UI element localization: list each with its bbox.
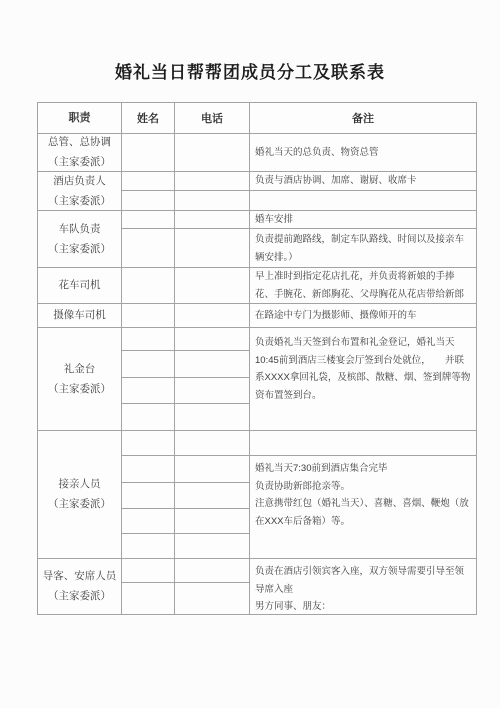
duty-sublabel: （主家委派） [48, 195, 111, 208]
phone-cell [175, 559, 250, 614]
duty-cell: 礼金台 （主家委派） [38, 328, 122, 430]
duty-cell: 总管、总协调 （主家委派） [38, 134, 122, 171]
header-name: 姓名 [122, 103, 175, 133]
phone-blank-cell [175, 456, 249, 483]
remark-subcell: 婚车安排 [250, 211, 476, 229]
name-blank-cell [122, 583, 174, 614]
remark-text: 婚礼当天7:30前到酒店集合完毕 负责协助新郎抢亲等。 注意携带红包（婚礼当天）… [250, 456, 476, 532]
remark-text: 负责在酒店引领宾客入座，双方领导需要引导至领导席入座 男方同事、朋友： [250, 559, 476, 614]
table-row-hotel-manager: 酒店负责人 （主家委派） 负责与酒店协调、加席、谢厨、收席卡 [38, 172, 476, 211]
duty-label: 摄像车司机 [53, 309, 106, 322]
duty-label: 礼金台 [64, 363, 96, 376]
remark-text: 负责提前跑路线，制定车队路线、时间以及接亲车辆安排。） [250, 229, 476, 267]
remark-subcell: 婚礼当天7:30前到酒店集合完毕 负责协助新郎抢亲等。 注意携带红包（婚礼当天）… [250, 456, 476, 558]
duty-sublabel: （主家委派） [48, 590, 111, 603]
name-blank-cell [122, 456, 174, 483]
remark-cell: 负责婚礼当天签到台布置和礼金登记，婚礼当天10:45前到酒店三楼宴会厅签到台处就… [250, 328, 476, 430]
phone-blank-cell [175, 172, 249, 191]
duty-label: 导客、安席人员 [43, 570, 117, 583]
remark-text: 婚车安排 [250, 211, 298, 230]
duty-cell: 酒店负责人 （主家委派） [38, 172, 122, 210]
name-blank-cell [122, 404, 174, 430]
phone-blank-cell [175, 378, 249, 404]
name-blank-cell [122, 268, 175, 303]
name-cell [122, 559, 175, 614]
duty-cell: 导客、安席人员 （主家委派） [38, 559, 122, 614]
name-blank-cell [122, 211, 174, 229]
name-blank-cell [122, 328, 174, 351]
table-header-row: 职责 姓名 电话 备注 [38, 103, 476, 134]
name-blank-cell [122, 351, 174, 378]
phone-cell [175, 211, 250, 267]
duty-sublabel: （主家委派） [48, 383, 111, 396]
remark-subcell: 负责与酒店协调、加席、谢厨、收席卡 [250, 172, 476, 191]
duty-label: 车队负责 [59, 223, 101, 236]
table-row-usher-staff: 导客、安席人员 （主家委派） 负责在酒店引领宾客入座，双方领导需要引导至领导席入… [38, 559, 476, 614]
table-row-flower-car-driver: 花车司机 早上准时到指定花店扎花，并负责将新娘的手捧花、手腕花、新郎胸花、父母胸… [38, 268, 476, 304]
phone-blank-cell [175, 304, 250, 327]
phone-blank-cell [175, 211, 249, 229]
name-blank-cell [122, 431, 174, 456]
phone-blank-cell [175, 191, 249, 210]
remark-cell: 负责在酒店引领宾客入座，双方领导需要引导至领导席入座 男方同事、朋友： [250, 559, 476, 614]
duty-sublabel: （主家委派） [48, 498, 111, 511]
remark-text: 在路途中专门为摄影师、摄像师开的车 [250, 305, 476, 327]
header-remark: 备注 [250, 103, 476, 133]
name-blank-cell [122, 191, 174, 210]
phone-blank-cell [175, 351, 249, 378]
name-cell [122, 431, 175, 558]
phone-blank-cell [175, 559, 249, 583]
remark-blank-cell [250, 191, 476, 210]
document-page: 婚礼当日帮帮团成员分工及联系表 职责 姓名 电话 备注 总管、总协调 （主家委派… [0, 0, 500, 708]
name-blank-cell [122, 134, 175, 171]
remark-cell: 婚车安排 负责提前跑路线，制定车队路线、时间以及接亲车辆安排。） [250, 211, 476, 267]
table-row-fleet-manager: 车队负责 （主家委派） 婚车安排 负责提前跑路线，制定车队路线、时间以及接亲车辆… [38, 211, 476, 268]
name-blank-cell [122, 304, 175, 327]
phone-blank-cell [175, 534, 249, 558]
name-cell [122, 211, 175, 267]
name-blank-cell [122, 172, 174, 191]
name-blank-cell [122, 534, 174, 558]
table-row-gift-money-desk: 礼金台 （主家委派） 负责婚礼当天签 [38, 328, 476, 431]
duty-cell: 花车司机 [38, 268, 122, 303]
duty-label: 接亲人员 [59, 478, 101, 491]
duty-label: 总管、总协调 [48, 136, 111, 149]
duty-cell: 接亲人员 （主家委派） [38, 431, 122, 558]
remark-blank-cell [250, 431, 476, 456]
name-blank-cell [122, 483, 174, 509]
remark-text: 负责婚礼当天签到台布置和礼金登记，婚礼当天10:45前到酒店三楼宴会厅签到台处就… [250, 328, 476, 406]
header-duty: 职责 [38, 103, 122, 133]
name-cell [122, 172, 175, 210]
phone-blank-cell [175, 328, 249, 351]
duty-sublabel: （主家委派） [48, 243, 111, 256]
table-row-camera-car-driver: 摄像车司机 在路途中专门为摄影师、摄像师开的车 [38, 304, 476, 328]
phone-cell [175, 328, 250, 430]
phone-blank-cell [175, 431, 249, 456]
remark-cell: 婚礼当天7:30前到酒店集合完毕 负责协助新郎抢亲等。 注意携带红包（婚礼当天）… [250, 431, 476, 558]
duty-label: 花车司机 [59, 279, 101, 292]
table-row-general-manager: 总管、总协调 （主家委派） 婚礼当天的总负责、物资总管 [38, 134, 476, 172]
remark-cell: 在路途中专门为摄影师、摄像师开的车 [250, 304, 476, 327]
phone-blank-cell [175, 268, 250, 303]
duty-label: 酒店负责人 [53, 175, 106, 188]
phone-blank-cell [175, 509, 249, 534]
header-phone: 电话 [175, 103, 250, 133]
page-title: 婚礼当日帮帮团成员分工及联系表 [0, 58, 500, 83]
phone-blank-cell [175, 583, 249, 614]
phone-blank-cell [175, 483, 249, 509]
phone-cell [175, 431, 250, 558]
duty-sublabel: （主家委派） [48, 156, 111, 169]
remark-text: 负责与酒店协调、加席、谢厨、收席卡 [250, 172, 422, 192]
phone-blank-cell [175, 404, 249, 430]
name-blank-cell [122, 559, 174, 583]
name-blank-cell [122, 229, 174, 267]
phone-blank-cell [175, 229, 249, 267]
duty-cell: 摄像车司机 [38, 304, 122, 327]
remark-cell: 婚礼当天的总负责、物资总管 [250, 134, 476, 171]
remark-text: 婚礼当天的总负责、物资总管 [250, 142, 476, 164]
phone-blank-cell [175, 134, 250, 171]
name-blank-cell [122, 509, 174, 534]
name-blank-cell [122, 378, 174, 404]
remark-text: 早上准时到指定花店扎花，并负责将新娘的手捧花、手腕花、新郎胸花、父母胸花从花店带… [250, 268, 476, 303]
phone-cell [175, 172, 250, 210]
contact-table: 职责 姓名 电话 备注 总管、总协调 （主家委派） 婚礼当天的总负责、物资总管 … [37, 102, 477, 615]
remark-subcell: 负责提前跑路线，制定车队路线、时间以及接亲车辆安排。） [250, 229, 476, 267]
duty-cell: 车队负责 （主家委派） [38, 211, 122, 267]
remark-cell: 早上准时到指定花店扎花，并负责将新娘的手捧花、手腕花、新郎胸花、父母胸花从花店带… [250, 268, 476, 303]
name-cell [122, 328, 175, 430]
remark-cell: 负责与酒店协调、加席、谢厨、收席卡 [250, 172, 476, 210]
table-row-bride-fetching-staff: 接亲人员 （主家委派） [38, 431, 476, 559]
